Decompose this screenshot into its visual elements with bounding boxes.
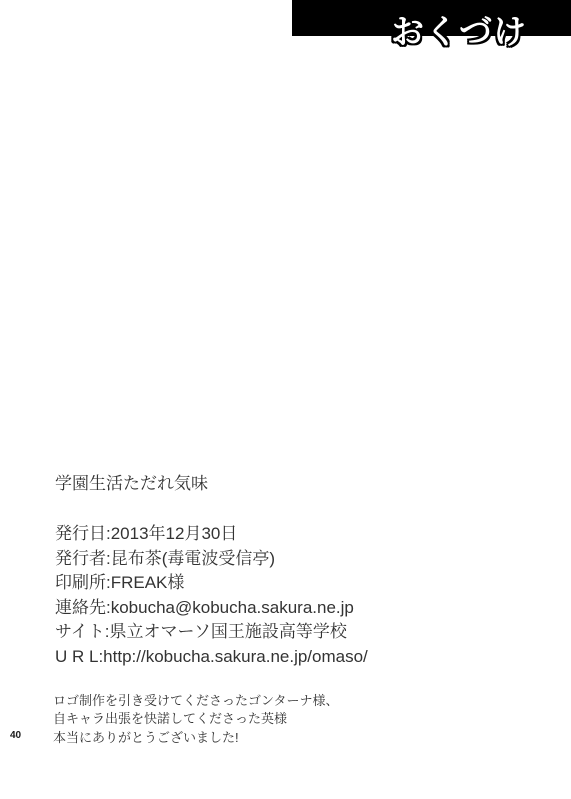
colophon-block: 発行日:2013年12月30日 発行者:昆布茶(毒電波受信亭) 印刷所:FREA… <box>55 522 368 670</box>
thanks-line-logo: ロゴ制作を引き受けてくださったゴンターナ様、 <box>53 692 338 710</box>
colophon-line-contact-email: 連絡先:kobucha@kobucha.sakura.ne.jp <box>55 596 368 621</box>
colophon-line-publication-date: 発行日:2013年12月30日 <box>55 522 368 547</box>
thanks-line-closing: 本当にありがとうございました! <box>53 729 338 747</box>
doujin-title: 学園生活ただれ気味 <box>55 471 208 496</box>
thanks-block: ロゴ制作を引き受けてくださったゴンターナ様、 自キャラ出張を快諾してくださった英… <box>53 692 338 747</box>
thanks-line-guest-character: 自キャラ出張を快諾してくださった英様 <box>53 710 338 728</box>
colophon-line-site-name: サイト:県立オマーソ国王施設高等学校 <box>55 620 368 645</box>
colophon-line-publisher: 発行者:昆布茶(毒電波受信亭) <box>55 547 368 572</box>
colophon-page: おくづけ 学園生活ただれ気味 発行日:2013年12月30日 発行者:昆布茶(毒… <box>0 0 571 799</box>
colophon-line-printer: 印刷所:FREAK様 <box>55 571 368 596</box>
colophon-line-url: U R L:http://kobucha.sakura.ne.jp/omaso/ <box>55 645 368 670</box>
okuzuke-header-label: おくづけ <box>391 15 527 48</box>
page-number: 40 <box>10 730 21 741</box>
